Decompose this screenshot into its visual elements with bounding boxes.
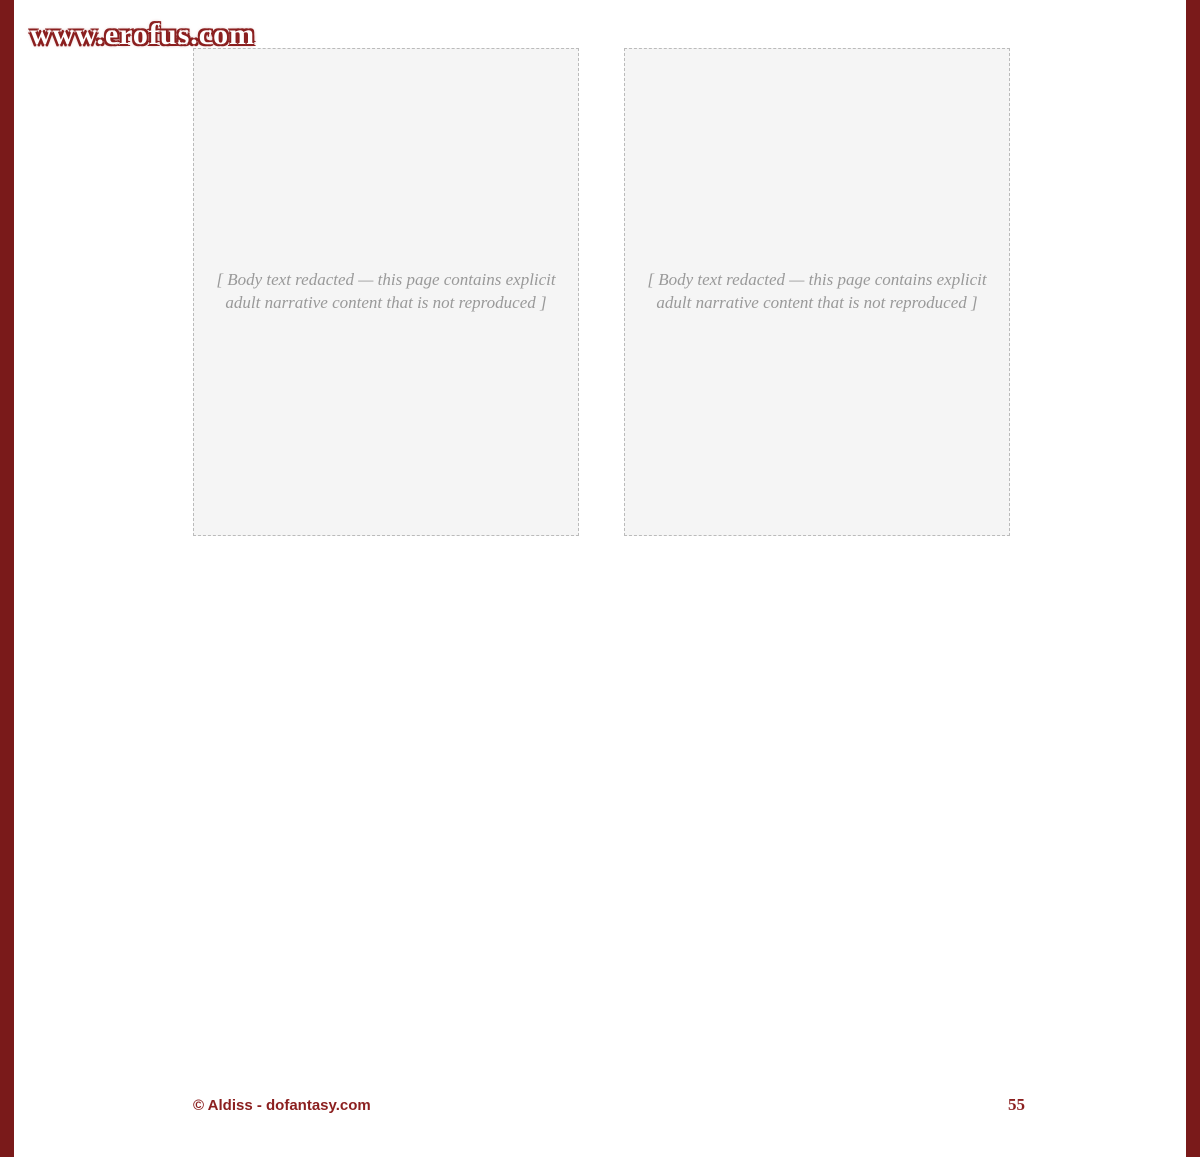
page-footer: © Aldiss - dofantasy.com 55 — [193, 1095, 1025, 1115]
left-column: [ Body text redacted — this page contain… — [193, 48, 579, 1087]
redacted-text-block: [ Body text redacted — this page contain… — [193, 48, 579, 536]
document-page: www.erofus.com [ Body text redacted — th… — [0, 0, 1200, 1157]
left-margin-bar — [0, 0, 14, 1157]
right-column: [ Body text redacted — this page contain… — [624, 48, 1010, 1087]
text-columns: [ Body text redacted — this page contain… — [193, 48, 1010, 1087]
publisher-credit: © Aldiss - dofantasy.com — [193, 1097, 371, 1114]
page-number: 55 — [1008, 1095, 1025, 1115]
site-watermark: www.erofus.com — [30, 18, 255, 52]
right-margin-bar — [1186, 0, 1200, 1157]
redacted-text-block: [ Body text redacted — this page contain… — [624, 48, 1010, 536]
